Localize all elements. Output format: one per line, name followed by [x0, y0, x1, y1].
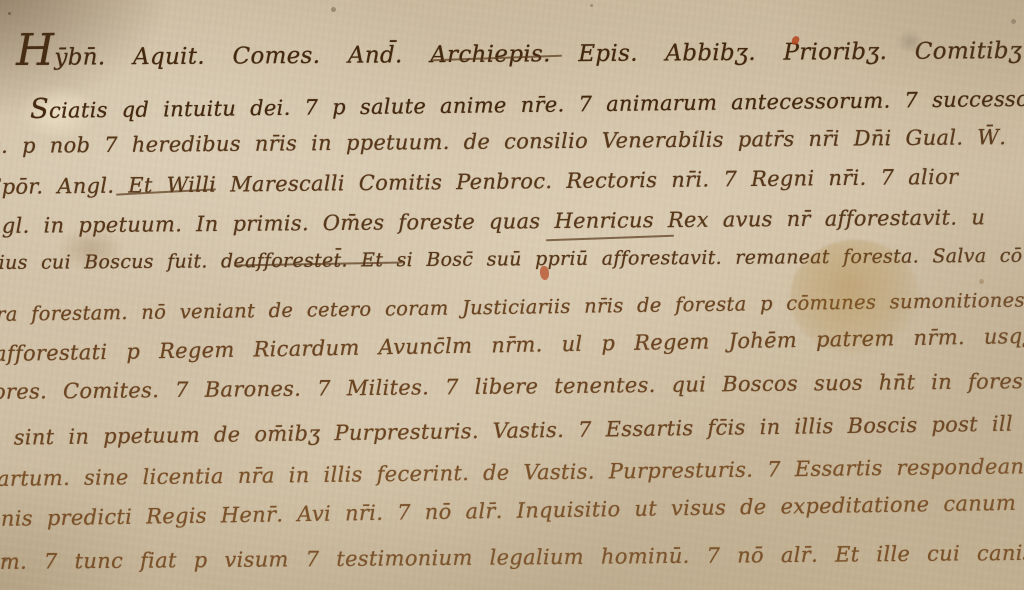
- parchment-manuscript: Hȳbn̄. Aquit. Comes. And̄. Archiepis. Ep…: [0, 0, 1024, 590]
- manuscript-line: afforestati p Regem Ricardum Avunc̄lm nr…: [0, 323, 1024, 366]
- manuscript-line: tra forestam. nō veniant de cetero coram…: [0, 289, 1024, 326]
- ink-specks: [8, 12, 11, 15]
- manuscript-line: llius cui Boscus fuit. deafforestet̄. Et…: [0, 246, 1023, 275]
- manuscript-line: ti sint in ppetuum de om̄ibʒ Purpresturi…: [0, 412, 1013, 451]
- manuscript-line: Sciatis qd intuitu dei. 7 p salute anime…: [30, 81, 1024, 125]
- manuscript-line: onis predicti Regis Henr̄. Avi nr̄i. 7 n…: [0, 490, 1024, 531]
- pen-flourish: [546, 235, 674, 241]
- manuscript-line: Hȳbn̄. Aquit. Comes. And̄. Archiepis. Ep…: [16, 26, 1024, 72]
- manuscript-line: iores. Comites. 7 Barones. 7 Milites. 7 …: [0, 369, 1024, 404]
- manuscript-line: ngl. in ppetuum. In primis. Om̄es forest…: [0, 205, 985, 238]
- manuscript-line: um. 7 tunc fiat p visum 7 testimonium le…: [0, 541, 1024, 574]
- manuscript-line: sartum. sine licentia nr̄a in illis fece…: [0, 454, 1024, 491]
- manuscript-line: s. p nob 7 heredibus nr̄is in ppetuum. d…: [0, 125, 1006, 158]
